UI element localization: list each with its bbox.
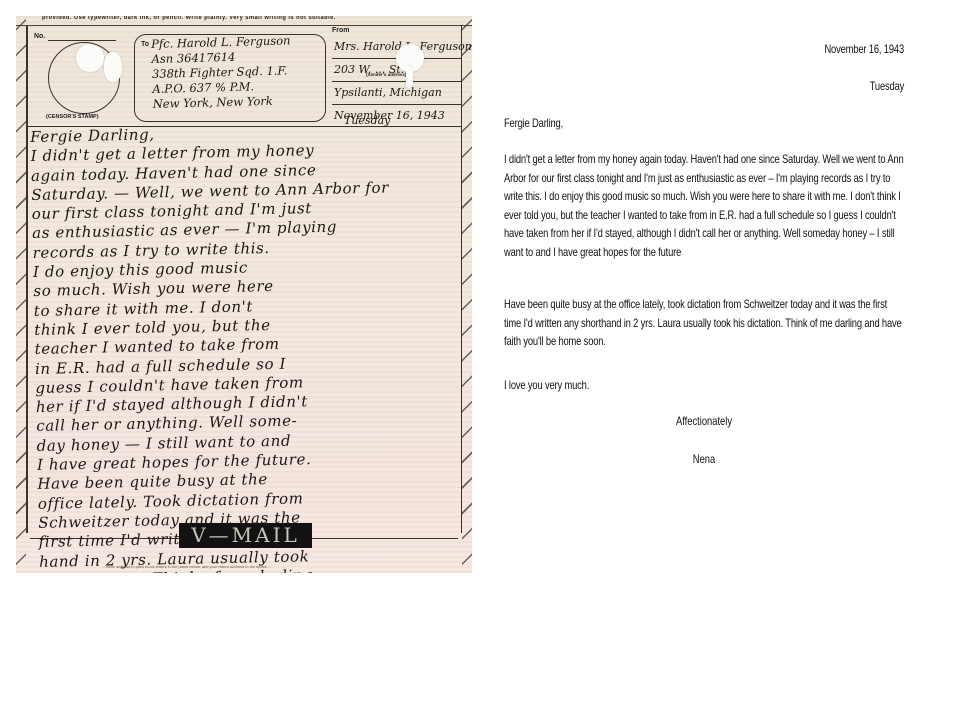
sender-address-label: (Sender's address) (366, 72, 406, 77)
censor-stamp-label: (CENSOR'S STAMP) (46, 114, 99, 120)
number-line (48, 40, 116, 41)
punch-hole-icon (76, 44, 104, 72)
signature: Nena (548, 452, 860, 466)
paragraph-1: I didn't get a letter from my honey agai… (504, 150, 906, 261)
letter-transcription: November 16, 1943 Tuesday Fergie Darling… (504, 0, 904, 720)
address-header: No. (CENSOR'S STAMP) To Pfc. Harold L. F… (26, 26, 462, 127)
punch-hole-icon (104, 52, 122, 82)
footer-instruction: ... write address in plain block letters… (102, 564, 271, 569)
letter-date: November 16, 1943 (824, 42, 904, 56)
vmail-stamp: V—MAIL (179, 523, 312, 548)
letter-day: Tuesday (870, 79, 904, 93)
to-label: To (141, 41, 149, 48)
paragraph-2: Have been quite busy at the office latel… (504, 295, 906, 351)
handwritten-text: Fergie Darling, I didn't get a letter fr… (30, 119, 469, 573)
recipient-box: To Pfc. Harold L. Ferguson Asn 36417614 … (134, 34, 326, 122)
number-label: No. (34, 33, 45, 40)
instruction-strip: provided. Use typewriter, dark ink, or p… (16, 16, 472, 26)
instruction-text: provided. Use typewriter, dark ink, or p… (42, 16, 336, 21)
closing: Affectionately (548, 414, 860, 428)
salutation: Fergie Darling, (504, 116, 563, 130)
paragraph-3: I love you very much. (504, 376, 906, 395)
punch-tear-icon (406, 66, 413, 88)
hatched-border-left (16, 16, 26, 573)
recipient-address: Pfc. Harold L. Ferguson Asn 36417614 338… (151, 33, 292, 112)
vmail-scan-image: provided. Use typewriter, dark ink, or p… (16, 16, 472, 573)
handwritten-letter-body: Fergie Darling, I didn't get a letter fr… (30, 128, 458, 539)
from-label: From (332, 27, 350, 34)
